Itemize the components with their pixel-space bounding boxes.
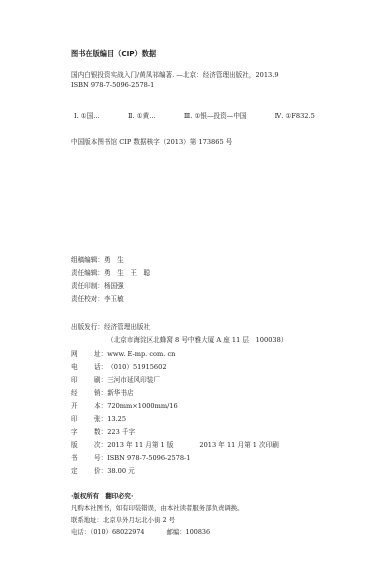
detail-row-phone: 电话：（010）51915602 xyxy=(71,361,167,371)
classification-2: Ⅱ. ①黄… xyxy=(128,112,156,120)
detail-row-sheets: 印张：13.25 xyxy=(71,413,126,423)
credit-label: 组稿编辑： xyxy=(71,254,104,264)
website-link[interactable]: www. E-mp. com. cn xyxy=(107,350,175,358)
detail-key: 经 xyxy=(71,387,94,397)
detail-value: ISBN 978-7-5096-2578-1 xyxy=(107,454,190,462)
detail-row-price: 定价：38.00 元 xyxy=(71,465,135,475)
detail-key: 刷： xyxy=(94,374,107,384)
detail-key: 本： xyxy=(94,400,107,410)
publisher-label: 出版发行： xyxy=(71,323,104,331)
detail-row-distributor: 经销：新华书店 xyxy=(71,387,134,397)
notice-address: 联系地址：北京阜外月坛北小街 2 号 xyxy=(71,515,175,524)
detail-value: 2013 年 11 月第 1 版 xyxy=(107,439,173,449)
detail-key: 印 xyxy=(71,413,94,423)
cip-title: 图书在版编目（CIP）数据 xyxy=(71,49,156,59)
detail-key: 书 xyxy=(71,452,94,462)
detail-row-isbn: 书号：ISBN 978-7-5096-2578-1 xyxy=(71,452,190,462)
detail-value: 新华书店 xyxy=(107,387,133,397)
notice-contact: 电话：（010）68022974邮编：100836 xyxy=(71,527,210,536)
detail-key: 话： xyxy=(94,361,107,371)
credit-value: 勇 生 xyxy=(104,256,124,264)
credit-label: 责任印制： xyxy=(71,280,104,290)
publisher-name: 经济管理出版社 xyxy=(104,323,150,331)
detail-row-printer: 印刷：三河市延风印装厂 xyxy=(71,374,160,384)
detail-value: （010）51915602 xyxy=(107,361,166,371)
credit-row: 责任编辑：勇 生 王 聪 xyxy=(71,267,150,277)
copyright-notice-heading: ·版权所有 翻印必究· xyxy=(71,491,133,500)
notice-postcode: 邮编：100836 xyxy=(166,528,210,536)
credit-row: 责任印制：杨国强 xyxy=(71,280,124,290)
detail-value: 三河市延风印装厂 xyxy=(107,374,160,384)
cip-classification: Ⅰ. ①国… Ⅱ. ①黄… Ⅲ. ①银—投资—中国 Ⅳ. ①F832.5 xyxy=(74,110,315,120)
detail-key: 价： xyxy=(94,465,107,475)
notice-phone: 电话：（010）68022974 xyxy=(71,528,144,536)
detail-value: 38.00 元 xyxy=(107,465,135,475)
classification-3: Ⅲ. ①银—投资—中国 xyxy=(184,112,247,120)
detail-row-format: 开本：720mm×1000mm/16 xyxy=(71,400,178,410)
credit-label: 责任校对： xyxy=(71,293,104,303)
detail-key: 次： xyxy=(94,439,107,449)
detail-value: 720mm×1000mm/16 xyxy=(107,402,178,410)
publisher-address: （北京市海淀区北蜂窝 8 号中雅大厦 A 座 11 层 100038） xyxy=(107,334,287,344)
detail-key: 数： xyxy=(94,426,107,436)
cip-isbn-line: ISBN 978-7-5096-2578-1 xyxy=(71,81,154,89)
detail-key: 定 xyxy=(71,465,94,475)
cip-bibliographic-line: 国内白银投资实战入门/黄凤祁编著. —北京：经济管理出版社，2013.9 xyxy=(71,69,279,79)
detail-value: 223 千字 xyxy=(107,426,135,436)
detail-key: 版 xyxy=(71,439,94,449)
detail-value: 13.25 xyxy=(107,415,126,423)
detail-key: 张： xyxy=(94,413,107,423)
detail-row-wordcount: 字数：223 千字 xyxy=(71,426,135,436)
detail-value-printing: 2013 年 11 月第 1 次印刷 xyxy=(199,439,278,449)
detail-row-edition: 版次：2013 年 11 月第 1 版2013 年 11 月第 1 次印刷 xyxy=(71,439,279,449)
detail-key: 网 xyxy=(71,348,94,358)
classification-1: Ⅰ. ①国… xyxy=(74,112,100,120)
credit-label: 责任编辑： xyxy=(71,267,104,277)
notice-line: 凡购本社图书，如有印装错误，由本社读者服务部负责调换。 xyxy=(71,503,244,512)
credit-value: 勇 生 王 聪 xyxy=(104,269,150,277)
detail-key: 电 xyxy=(71,361,94,371)
credit-value: 杨国强 xyxy=(104,282,124,290)
credit-value: 李玉敏 xyxy=(104,295,124,303)
credit-row: 责任校对：李玉敏 xyxy=(71,293,124,303)
detail-key: 销： xyxy=(94,387,107,397)
detail-key: 址： xyxy=(94,348,107,358)
detail-key: 字 xyxy=(71,426,94,436)
credit-row: 组稿编辑：勇 生 xyxy=(71,254,124,264)
detail-key: 号： xyxy=(94,452,107,462)
detail-key: 印 xyxy=(71,374,94,384)
classification-4: Ⅳ. ①F832.5 xyxy=(275,112,315,120)
cip-core-number: 中国版本图书馆 CIP 数据核字（2013）第 173865 号 xyxy=(71,136,232,146)
publisher-row: 出版发行：经济管理出版社 xyxy=(71,321,150,331)
detail-key: 开 xyxy=(71,400,94,410)
detail-row-website: 网址：www. E-mp. com. cn xyxy=(71,348,175,358)
copyright-page: 图书在版编目（CIP）数据 国内白银投资实战入门/黄凤祁编著. —北京：经济管理… xyxy=(0,0,375,575)
